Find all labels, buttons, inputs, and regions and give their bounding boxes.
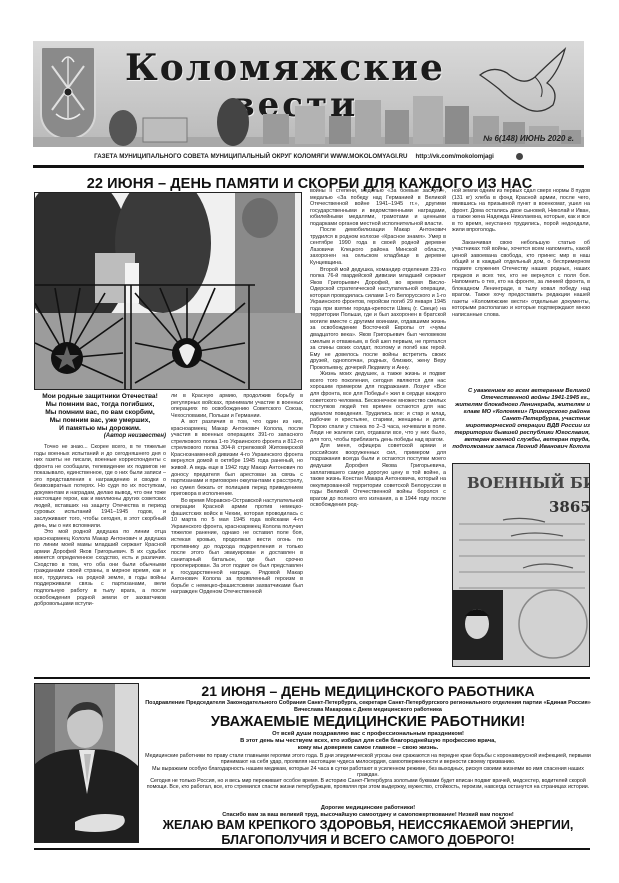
memorial-gate-photo [34, 192, 302, 390]
article2-lead: От всей души поздравляю вас с профессион… [142, 731, 594, 752]
issue-number: № 6(148) ИЮНЬ 2020 г. [483, 134, 574, 143]
paragraph: войны II степени, медалью «За боевые зас… [310, 188, 446, 227]
svg-text:3865: 3865 [549, 498, 590, 516]
poem-line: Мы помним вас, тогда погибших, [34, 401, 166, 409]
bottom-divider [34, 848, 590, 850]
paragraph: Второй мой дедушка, командир отделения 2… [310, 267, 446, 372]
final-wish-line: БЛАГОПОЛУЧИЯ И ВСЕГО САМОГО ДОБРОГО! [142, 833, 594, 848]
paragraph: Жизнь моих дедушек, а также жизнь и подв… [310, 371, 446, 443]
paragraph: А вот различия в том, что один из них, к… [171, 419, 303, 498]
article1-dedication: С уважением ко всем ветеранам Великой От… [452, 388, 590, 451]
section-divider [34, 677, 590, 679]
newspaper-page: Коломяжские вести [0, 0, 619, 883]
paragraph: Точно не знаю... Скорее всего, в те тяже… [34, 444, 166, 529]
poem-line: И памятью мы дорожим. [34, 425, 166, 433]
lead-line: кому мы доверяем самое главное – свою жи… [142, 745, 594, 752]
poem-line: Мои родные защитники Отечества! [34, 393, 166, 401]
article2-closing: Дорогие медицинские работники! Спасибо в… [142, 805, 594, 818]
portrait-photo [34, 683, 139, 843]
article2-greeting: УВАЖАЕМЫЕ МЕДИЦИНСКИЕ РАБОТНИКИ! [142, 714, 594, 730]
paragraph: ной земли одним из первых сдал сверх нор… [452, 188, 590, 234]
article1-column-4: ной земли одним из первых сдал сверх нор… [452, 188, 590, 318]
tagline-text: ГАЗЕТА МУНИЦИПАЛЬНОГО СОВЕТА МУНИЦИПАЛЬН… [94, 153, 407, 160]
article1-column-2: ли в Красную армию, продолжив борьбу в р… [171, 393, 303, 596]
article1-poem: Мои родные защитники Отечества! Мы помни… [34, 393, 166, 433]
final-wish-line: ЖЕЛАЮ ВАМ КРЕПКОГО ЗДОРОВЬЯ, НЕИССЯКАЕМО… [142, 818, 594, 833]
masthead-tagline: ГАЗЕТА МУНИЦИПАЛЬНОГО СОВЕТА МУНИЦИПАЛЬН… [33, 148, 584, 164]
military-id-photo: ВОЕННЫЙ БИЛЕТ 3865 [452, 463, 590, 667]
poem-line: Мы помним вас, по вам скорбим, [34, 409, 166, 417]
poem-line: Мы помним вас, уже умерших, [34, 417, 166, 425]
closing-title: Дорогие медицинские работники! [142, 805, 594, 812]
paragraph: Это мой родной дедушка по линии отца кра… [34, 529, 166, 608]
paragraph: Медицинские работники по праву стали гла… [142, 753, 594, 766]
article1-column-3: войны II степени, медалью «За боевые зас… [310, 188, 446, 509]
masthead: Коломяжские вести [33, 41, 584, 174]
lead-line: От всей души поздравляю вас с профессион… [142, 731, 594, 738]
vk-link[interactable]: http://vk.com/mokolomjagi [416, 153, 494, 160]
paragraph: Заканчивая свою небольшую статью об учас… [452, 240, 590, 319]
paragraph: После демобилизации Макар Антонович труд… [310, 227, 446, 266]
paragraph: Мы выражаем особую благодарность нашим м… [142, 766, 594, 779]
globe-icon [516, 153, 523, 160]
masthead-divider [33, 165, 584, 168]
article1-column-1: Точно не знаю... Скорее всего, в те тяже… [34, 444, 166, 608]
lead-line: В этот день мы чествуем всех, кто избрал… [142, 738, 594, 745]
poem-author: (Автор неизвестен) [34, 433, 166, 439]
article2-headline: 21 ИЮНЯ – ДЕНЬ МЕДИЦИНСКОГО РАБОТНИКА [142, 683, 594, 699]
military-id-caption: ВОЕННЫЙ БИЛЕТ [467, 473, 590, 492]
newspaper-title-line1: Коломяжские [125, 47, 445, 89]
paragraph: Во время Моравско-Остравской наступатель… [171, 498, 303, 596]
paragraph: ли в Красную армию, продолжив борьбу в р… [171, 393, 303, 419]
paragraph: Сегодня не только Россия, но и весь мир … [142, 778, 594, 791]
article2-subtitle: Поздравление Председателя Законодательно… [142, 700, 594, 713]
article2-final-wish: ЖЕЛАЮ ВАМ КРЕПКОГО ЗДОРОВЬЯ, НЕИССЯКАЕМО… [142, 818, 594, 848]
article2-body: Медицинские работники по праву стали гла… [142, 753, 594, 791]
paragraph: Для меня, офицера советской армии и росс… [310, 443, 446, 508]
masthead-banner: Коломяжские вести [33, 41, 584, 147]
